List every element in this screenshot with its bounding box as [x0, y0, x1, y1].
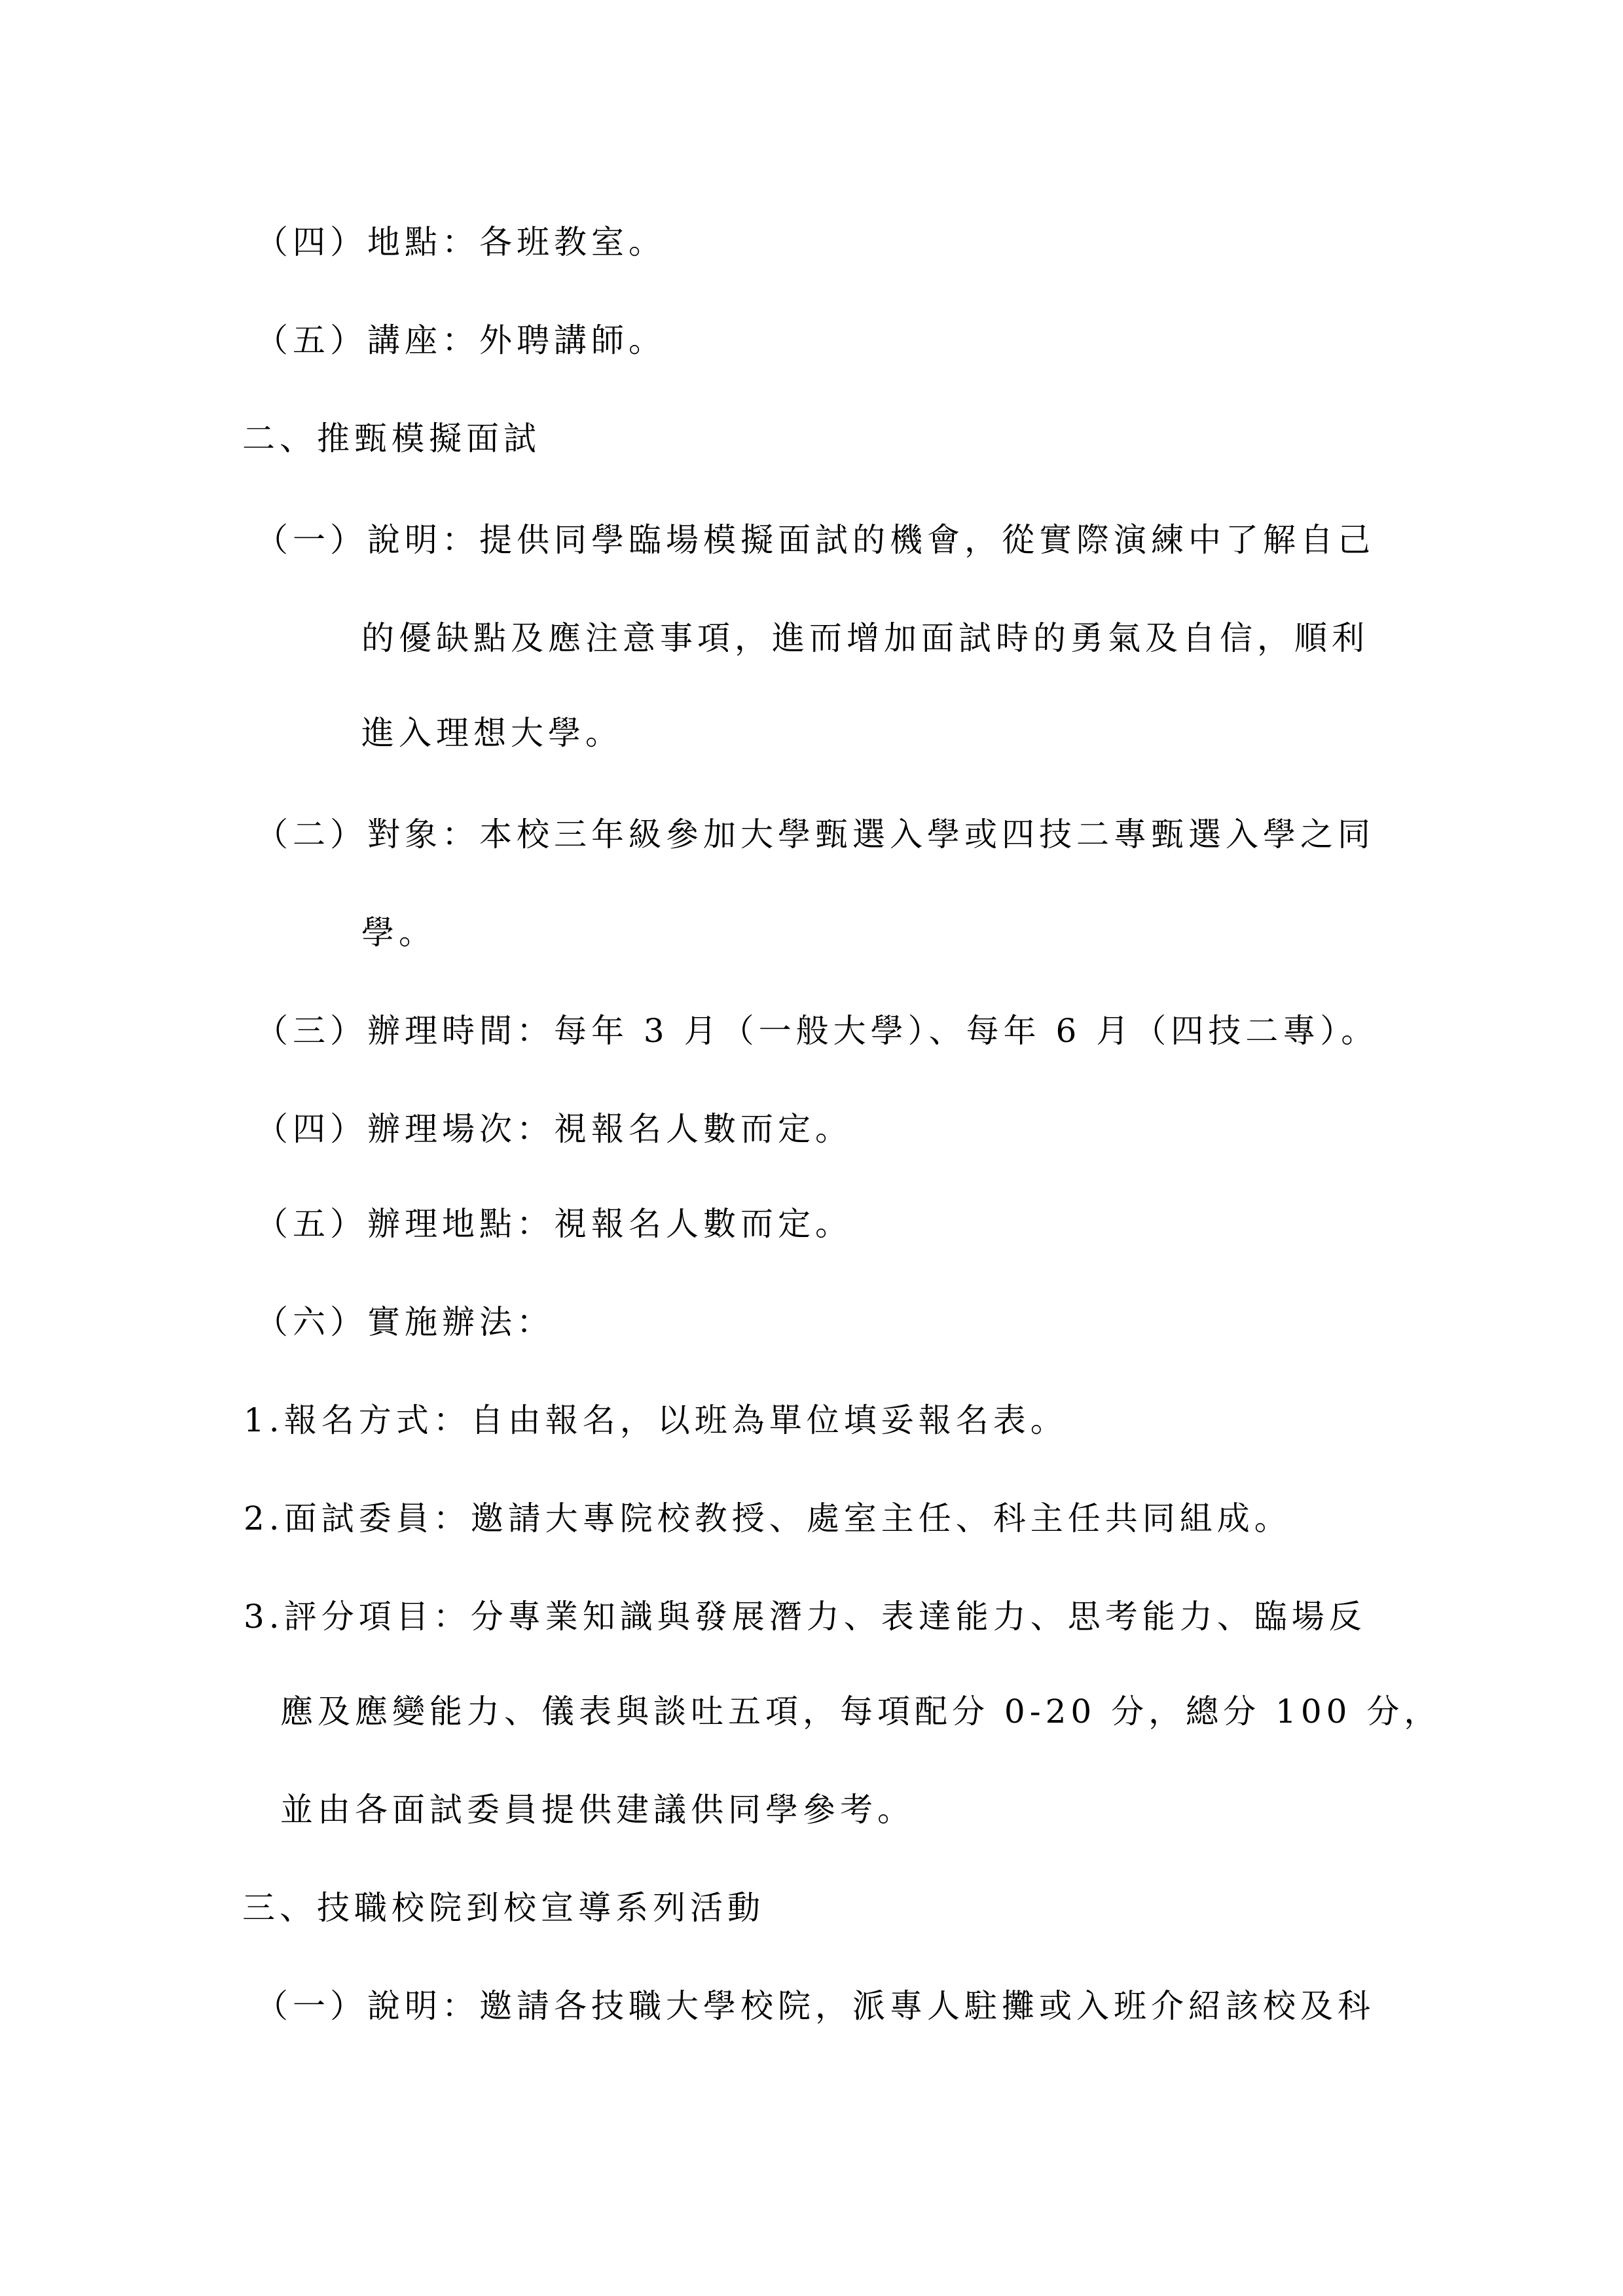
- item-implementation: （六）實施辦法：: [255, 1302, 554, 1342]
- item-lecturer: （五）講座：外聘講師。: [255, 321, 666, 360]
- item-sessions: （四）辦理場次：視報名人數而定。: [255, 1109, 852, 1149]
- item-schedule: （三）辦理時間：每年 3 月（一般大學）、每年 6 月（四技二專）。: [255, 1011, 1378, 1050]
- item-target-line-2: 學。: [361, 913, 436, 952]
- numbered-item-scoring-line-1: 3.評分項目：分專業知識與發展潛力、表達能力、思考能力、臨場反: [244, 1597, 1366, 1636]
- item-description-line-1: （一）說明：提供同學臨場模擬面試的機會，從實際演練中了解自己: [255, 520, 1375, 560]
- document-page: （四）地點：各班教室。 （五）講座：外聘講師。 二、推甄模擬面試 （一）說明：提…: [0, 0, 1623, 2296]
- item-description-line-3: 進入理想大學。: [361, 713, 623, 753]
- section-heading-mock-interview: 二、推甄模擬面試: [242, 419, 541, 458]
- numbered-item-committee: 2.面試委員：邀請大專院校教授、處室主任、科主任共同組成。: [244, 1499, 1292, 1538]
- numbered-item-registration: 1.報名方式：自由報名，以班為單位填妥報名表。: [244, 1401, 1068, 1440]
- item-description-line-2: 的優缺點及應注意事項，進而增加面試時的勇氣及自信，順利: [361, 619, 1369, 658]
- numbered-item-scoring-line-3: 並由各面試委員提供建議供同學參考。: [280, 1790, 915, 1829]
- item-target-line-1: （二）對象：本校三年級參加大學甄選入學或四技二專甄選入學之同: [255, 815, 1375, 854]
- section-heading-vocational-promotion: 三、技職校院到校宣導系列活動: [242, 1888, 765, 1928]
- numbered-item-scoring-line-2: 應及應變能力、儀表與談吐五項，每項配分 0-20 分，總分 100 分，: [280, 1692, 1441, 1731]
- item-promotion-description: （一）說明：邀請各技職大學校院，派專人駐攤或入班介紹該校及科: [255, 1986, 1375, 2026]
- item-venue: （五）辦理地點：視報名人數而定。: [255, 1204, 852, 1244]
- item-location: （四）地點：各班教室。: [255, 223, 666, 262]
